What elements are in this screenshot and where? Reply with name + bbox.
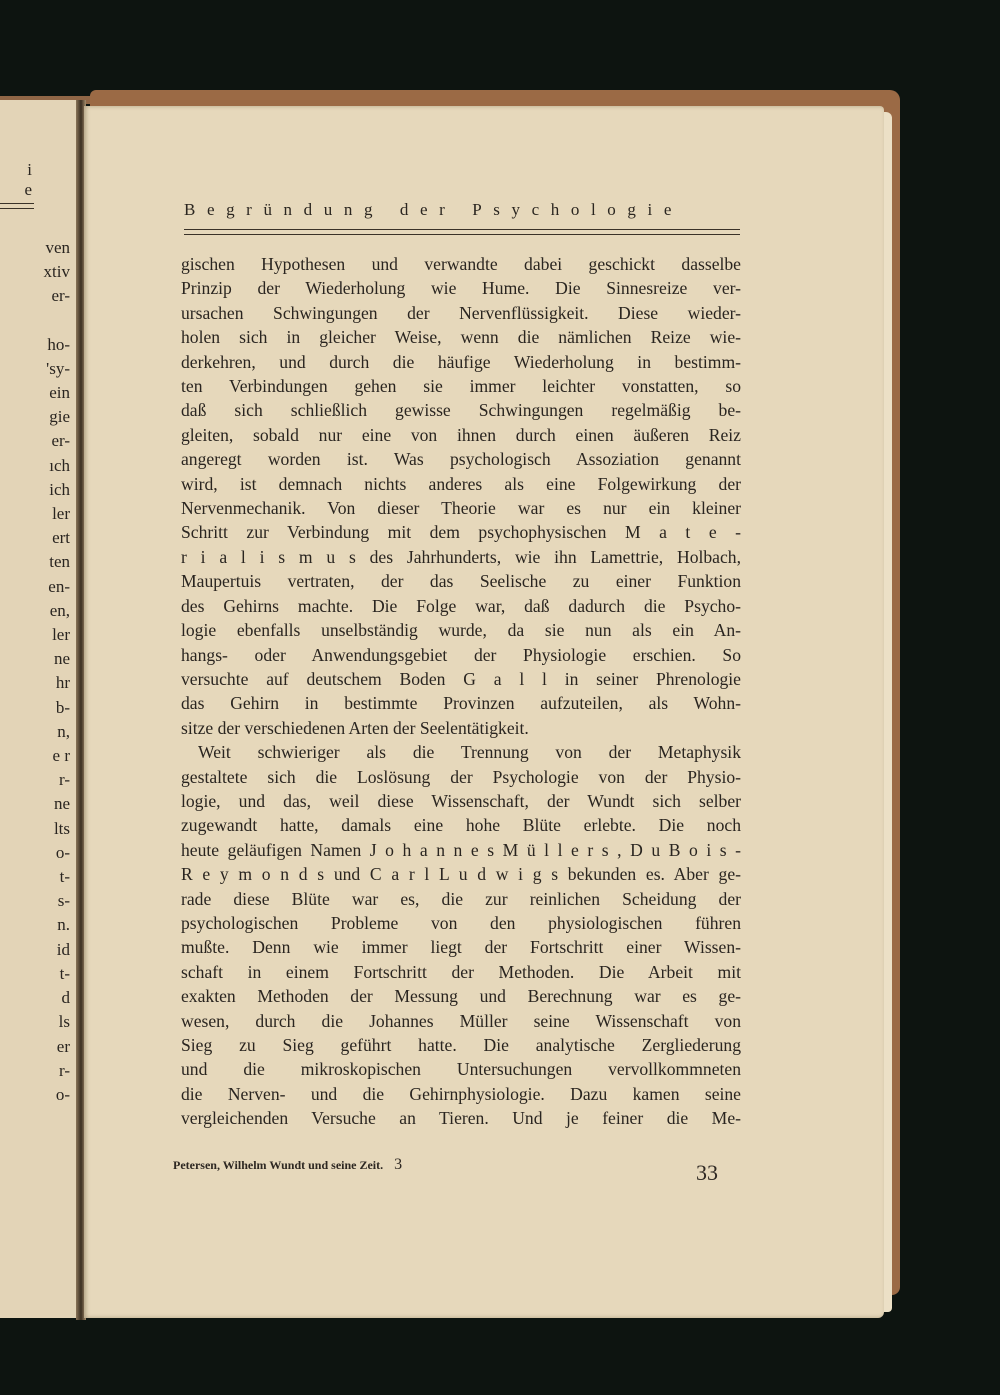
- text-line: mußte. Denn wie immer liegt der Fortschr…: [181, 935, 741, 959]
- text-fragment: ler: [0, 623, 70, 647]
- text-fragment: hr: [0, 671, 70, 695]
- text-fragment: s-: [0, 889, 70, 913]
- text-line: und die mikroskopischen Untersuchungen v…: [181, 1057, 741, 1081]
- text-line: exakten Methoden der Messung und Berechn…: [181, 984, 741, 1008]
- text-line: Nervenmechanik. Von dieser Theorie war e…: [181, 496, 741, 520]
- text-fragment: lts: [0, 817, 70, 841]
- text-line: schaft in einem Fortschritt der Methoden…: [181, 960, 741, 984]
- text-fragment: er: [0, 1035, 70, 1059]
- text-fragment: ho-: [0, 333, 70, 357]
- text-line: ten Verbindungen gehen sie immer leichte…: [181, 374, 741, 398]
- text-fragment: ne: [0, 647, 70, 671]
- text-fragment: ein: [0, 381, 70, 405]
- text-line: rade diese Blüte war es, die zur reinlic…: [181, 887, 741, 911]
- left-page-text-fragments: ven xtiv er- ho- 'sy- ein gie er- ıch ic…: [0, 236, 70, 1107]
- text-fragment: b-: [0, 696, 70, 720]
- text-line: Prinzip der Wiederholung wie Hume. Die S…: [181, 276, 741, 300]
- body-text: gischen Hypothesen und verwandte dabei g…: [181, 252, 741, 1131]
- text-fragment: n.: [0, 913, 70, 937]
- text-fragment: ert: [0, 526, 70, 550]
- running-head-rule: [184, 229, 740, 230]
- text-fragment: ler: [0, 502, 70, 526]
- text-line: zugewandt hatte, damals eine hohe Blüte …: [181, 813, 741, 837]
- text-line: versuchte auf deutschem Boden G a l l in…: [181, 667, 741, 691]
- text-line: des Gehirns machte. Die Folge war, daß d…: [181, 594, 741, 618]
- running-head-rule: [184, 234, 740, 235]
- printer-signature: Petersen, Wilhelm Wundt und seine Zeit. …: [173, 1156, 402, 1174]
- text-fragment: o-: [0, 1083, 70, 1107]
- text-line: holen sich in gleicher Weise, wenn die n…: [181, 325, 741, 349]
- text-fragment: en,: [0, 599, 70, 623]
- text-fragment: xtiv: [0, 260, 70, 284]
- text-fragment: ıch: [0, 454, 70, 478]
- text-fragment: er-: [0, 284, 70, 308]
- text-line: wird, ist demnach nichts anderes als ein…: [181, 472, 741, 496]
- text-line: psychologischen Probleme von den physiol…: [181, 911, 741, 935]
- text-line: das Gehirn in bestimmte Provinzen aufzut…: [181, 691, 741, 715]
- text-line: Schritt zur Verbindung mit dem psychophy…: [181, 520, 741, 544]
- text-line: ursachen Schwingungen der Nervenflüssigk…: [181, 301, 741, 325]
- text-fragment: r-: [0, 1059, 70, 1083]
- text-fragment: t-: [0, 962, 70, 986]
- text-line: Sieg zu Sieg geführt hatte. Die analytis…: [181, 1033, 741, 1057]
- text-fragment: ven: [0, 236, 70, 260]
- text-line: Weit schwieriger als die Trennung von de…: [181, 740, 741, 764]
- text-fragment: en-: [0, 575, 70, 599]
- text-fragment: o-: [0, 841, 70, 865]
- text-fragment: n,: [0, 720, 70, 744]
- left-running-head-fragment: i e: [0, 160, 42, 200]
- text-fragment: e r: [0, 744, 70, 768]
- text-fragment: ne: [0, 792, 70, 816]
- text-line: r i a l i s m u s des Jahrhunderts, wie …: [181, 545, 741, 569]
- text-line: wesen, durch die Johannes Müller seine W…: [181, 1009, 741, 1033]
- text-fragment: [0, 309, 70, 333]
- text-line: gestaltete sich die Loslösung der Psycho…: [181, 765, 741, 789]
- text-fragment: 'sy-: [0, 357, 70, 381]
- left-head-rule: [0, 208, 34, 209]
- text-line: heute geläufigen Namen J o h a n n e s M…: [181, 838, 741, 862]
- text-fragment: r-: [0, 768, 70, 792]
- left-head-rule: [0, 203, 34, 204]
- text-fragment: d: [0, 986, 70, 1010]
- text-line: daß sich schließlich gewisse Schwingunge…: [181, 398, 741, 422]
- text-fragment: er-: [0, 429, 70, 453]
- signature-number: 3: [394, 1156, 402, 1173]
- text-line: angeregt worden ist. Was psychologisch A…: [181, 447, 741, 471]
- text-line: die Nerven- und die Gehirnphysiologie. D…: [181, 1082, 741, 1106]
- text-line: gischen Hypothesen und verwandte dabei g…: [181, 252, 741, 276]
- text-line: logie ebenfalls unselbständig wurde, da …: [181, 618, 741, 642]
- text-fragment: ich: [0, 478, 70, 502]
- running-head: Begründung der Psychologie: [184, 200, 740, 220]
- text-line: derkehren, und durch die häufige Wiederh…: [181, 350, 741, 374]
- text-fragment: t-: [0, 865, 70, 889]
- page-number: 33: [696, 1160, 718, 1186]
- text-fragment: ten: [0, 550, 70, 574]
- text-line: Maupertuis vertraten, der das Seelische …: [181, 569, 741, 593]
- signature-text: Petersen, Wilhelm Wundt und seine Zeit.: [173, 1158, 383, 1172]
- text-line: vergleichenden Versuche an Tieren. Und j…: [181, 1106, 741, 1130]
- text-line: logie, und das, weil diese Wissenschaft,…: [181, 789, 741, 813]
- text-fragment: ls: [0, 1010, 70, 1034]
- text-fragment: gie: [0, 405, 70, 429]
- text-line: hangs- oder Anwendungsgebiet der Physiol…: [181, 643, 741, 667]
- text-line: gleiten, sobald nur eine von ihnen durch…: [181, 423, 741, 447]
- text-line: R e y m o n d s und C a r l L u d w i g …: [181, 862, 741, 886]
- text-fragment: id: [0, 938, 70, 962]
- text-line: sitze der verschiedenen Arten der Seelen…: [181, 716, 741, 740]
